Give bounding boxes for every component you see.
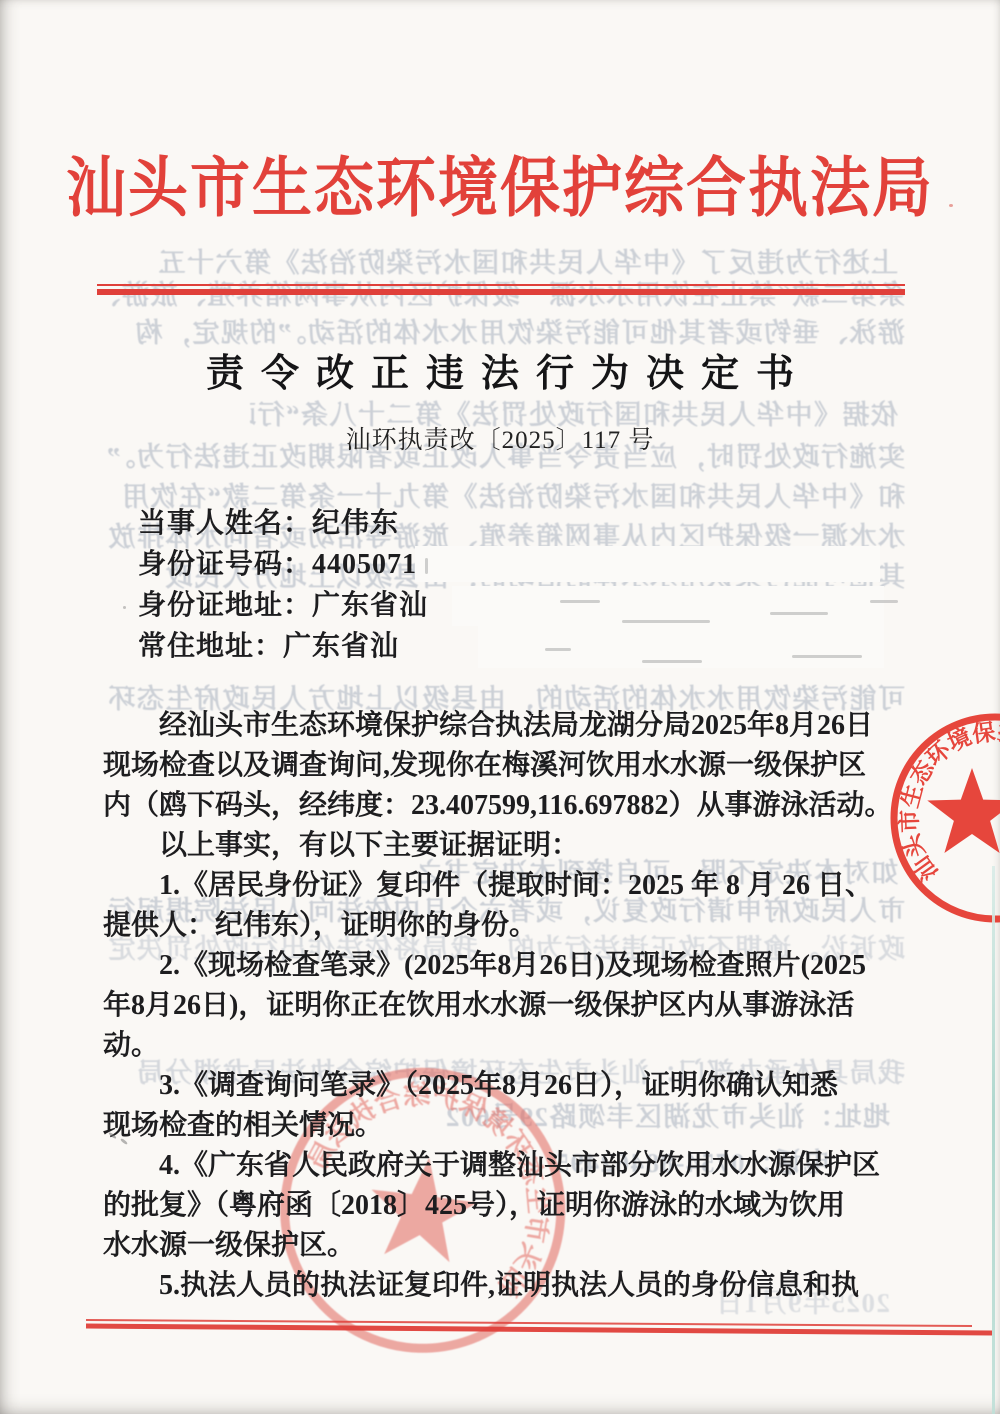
agency-header-title: 汕头市生态环境保护综合执法局 — [0, 137, 1000, 230]
document-content: 汕头市生态环境保护综合执法局 责令改正违法行为决定书 汕环执责改〔2025〕11… — [0, 0, 1000, 1414]
scanned-document-page: 上述行为违反了《中华人民共和国水污染防治法》第六十五 条第二款“禁止在饮用水水源… — [0, 0, 1000, 1414]
document-title: 责令改正违法行为决定书 — [0, 342, 1000, 397]
document-body-text: 经汕头市生态环境保护综合执法局龙湖分局2025年8月26日 现场检查以及调查询问… — [103, 706, 903, 1306]
paper-edge-line — [992, 866, 995, 1414]
document-number: 汕环执责改〔2025〕117 号 — [0, 420, 1000, 456]
header-divider-line — [97, 284, 905, 295]
official-red-seal: 汕头市生态环境保护综合执法局 — [868, 693, 1000, 953]
header-divider-thin-line — [97, 284, 905, 286]
scan-speck — [123, 606, 126, 609]
header-divider-thick-line — [97, 289, 905, 295]
scan-speck — [949, 204, 953, 207]
bottom-red-rule — [0, 1312, 1000, 1344]
party-information-block: 当事人姓名：纪伟东 身份证号码：4405071 身份证地址：广东省汕 常住地址：… — [138, 503, 898, 667]
